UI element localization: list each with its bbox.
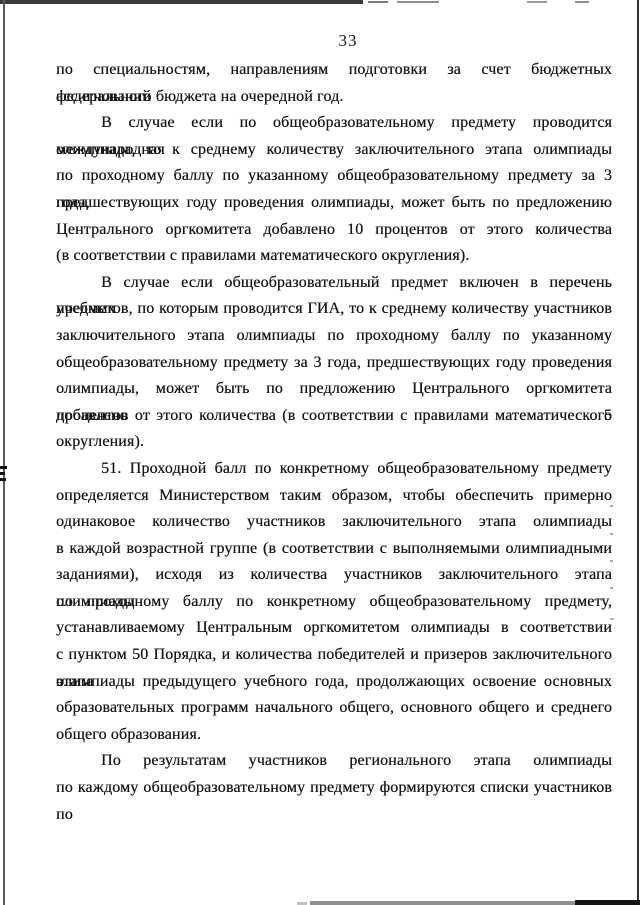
scan-artifact-top-band (0, 0, 363, 4)
text-line: 51. Проходной балл по конкретному общеоб… (56, 456, 612, 483)
text-line: общего образования. (56, 722, 612, 749)
text-line: по специальностям, направлениям подготов… (56, 57, 612, 84)
text-line: по проходному баллу по указанному общеоб… (56, 163, 612, 190)
text-line: заданиями), исходя из количества участни… (56, 562, 612, 589)
text-line: Центрального оргкомитета добавлено 10 пр… (56, 217, 612, 244)
scan-artifact-tick (0, 466, 7, 469)
text-line: (в соответствии с правилами математическ… (56, 243, 612, 270)
text-line: олимпиады, может быть по предложению Цен… (56, 376, 612, 403)
scan-artifact-tick (0, 472, 5, 475)
scan-artifact-top-dash (575, 1, 589, 3)
scan-artifact-bottom-band (310, 901, 578, 905)
text-line: по каждому общеобразовательному предмету… (56, 775, 612, 802)
text-line: По результатам участников регионального … (56, 748, 612, 775)
text-line: в каждой возрастной группе (в соответств… (56, 536, 612, 563)
text-line: предметов, по которым проводится ГИА, то… (56, 296, 612, 323)
text-line: определяется Министерством таким образом… (56, 483, 612, 510)
text-line: по проходному баллу по конкретному общео… (56, 589, 612, 616)
scan-artifact-right-edge (637, 0, 639, 905)
text-line: олимпиада, то к среднему количеству закл… (56, 137, 612, 164)
text-line: процентов от этого количества (в соответ… (56, 403, 612, 430)
text-line: одинаковое количество участников заключи… (56, 509, 612, 536)
text-line: устанавливаемому Центральным оргкомитето… (56, 615, 612, 642)
text-line: федерального бюджета на очередной год. (56, 84, 612, 111)
text-line: предшествующих году проведения олимпиады… (56, 190, 612, 217)
page-number: 33 (56, 31, 640, 51)
text-line: заключительного этапа олимпиады по прохо… (56, 323, 612, 350)
text-line: олимпиады предыдущего учебного года, про… (56, 669, 612, 696)
scan-artifact-top-dash (397, 1, 439, 3)
scan-artifact-top-dash (368, 1, 388, 3)
text-line: округления). (56, 429, 612, 456)
document-body: по специальностям, направлениям подготов… (56, 57, 612, 802)
text-line: с пунктом 50 Порядка, и количества побед… (56, 642, 612, 669)
scan-artifact-top-dash (527, 1, 547, 3)
text-line: образовательных программ начального обще… (56, 695, 612, 722)
text-line: общеобразовательному предмету за 3 года,… (56, 350, 612, 377)
scan-artifact-left-edge (3, 0, 5, 905)
text-line: В случае если общеобразовательный предме… (56, 270, 612, 297)
scan-artifact-tick (0, 478, 6, 481)
document-page: 33 по специальностям, направлениям подго… (0, 0, 640, 905)
text-line: В случае если по общеобразовательному пр… (56, 110, 612, 137)
scan-artifact-bottom-band (575, 900, 640, 905)
